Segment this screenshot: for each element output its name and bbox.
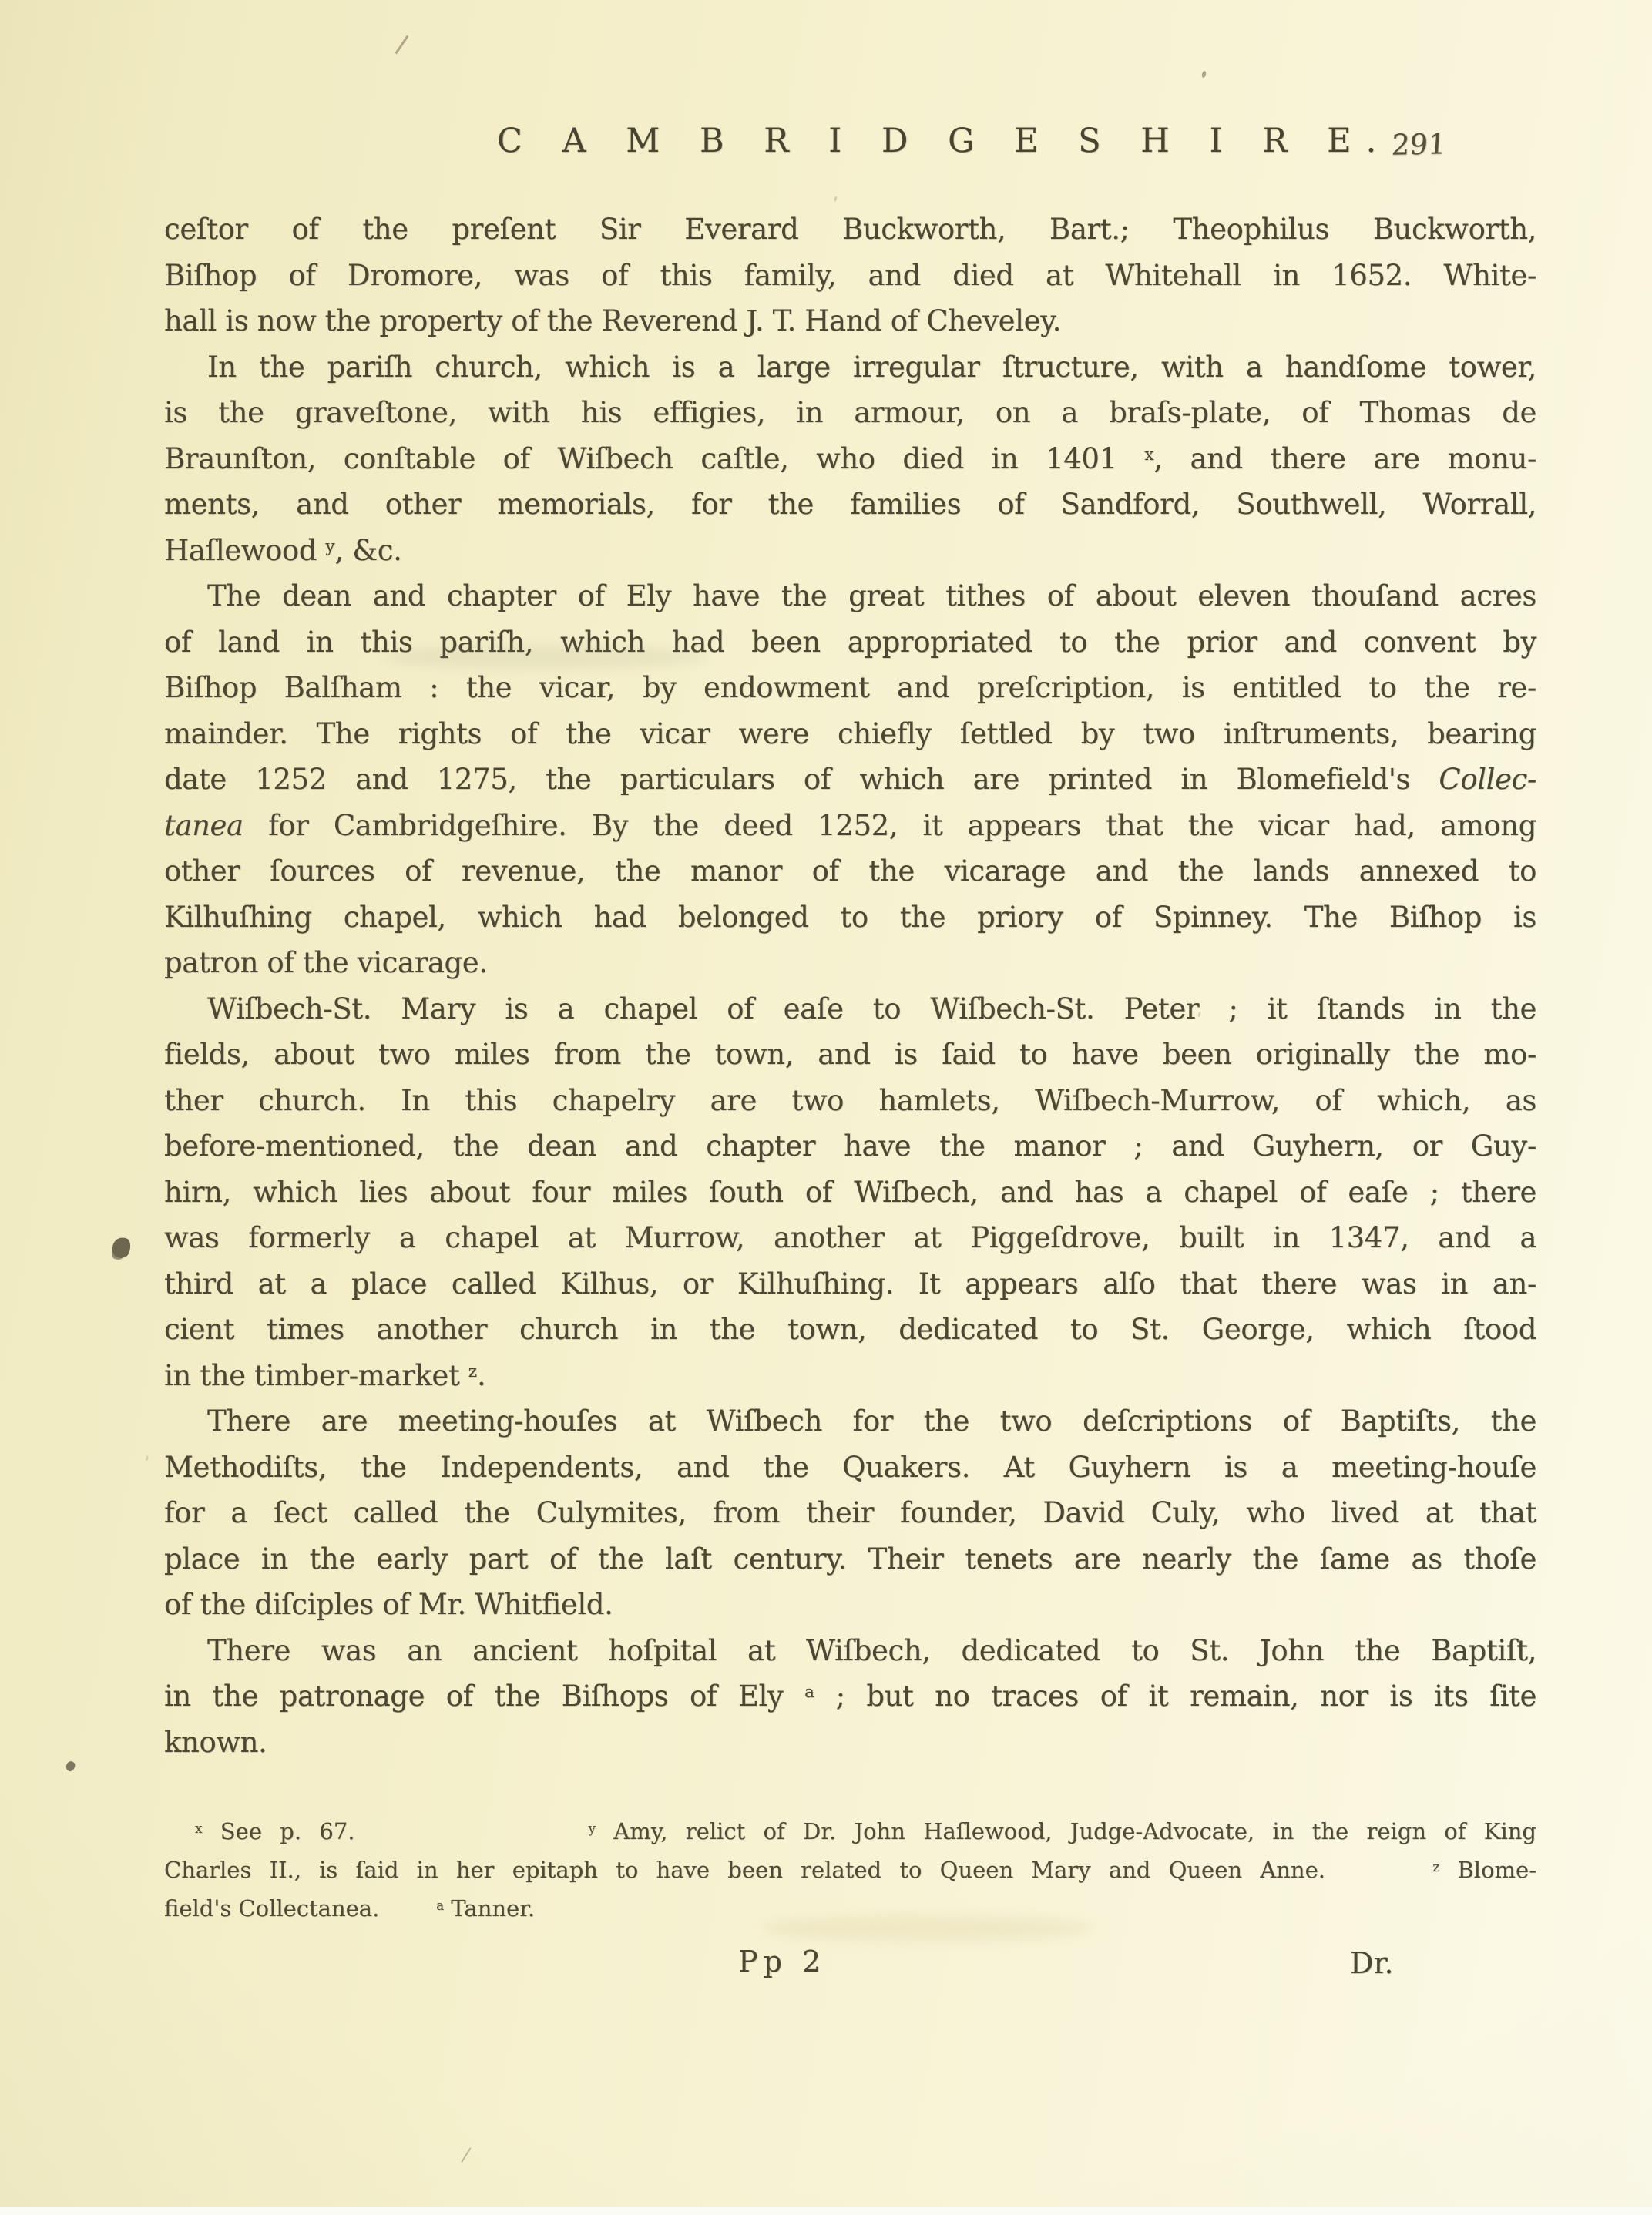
text-line: Biſhop of Dromore, was of this family, a…	[164, 253, 1536, 299]
body-text: ceſtor of the preſent Sir Everard Buckwo…	[164, 206, 1536, 1765]
text-line: Braunſton, conſtable of Wiſbech caſtle, …	[164, 436, 1536, 482]
text-line: before-mentioned, the dean and chapter h…	[164, 1123, 1536, 1170]
running-title: C A M B R I D G E S H I R E.	[497, 122, 1121, 160]
text-line: fields, about two miles from the town, a…	[164, 1032, 1536, 1078]
text-line: other ſources of revenue, the manor of t…	[164, 848, 1536, 894]
text-line: in the patronage of the Biſhops of Ely a…	[164, 1673, 1536, 1720]
catchword: Dr.	[1350, 1946, 1394, 1980]
show-through-smudge	[763, 1915, 1094, 1941]
text-line: There was an ancient hoſpital at Wiſbech…	[164, 1628, 1536, 1674]
footnotes: x See p. 67. y Amy, relict of Dr. John H…	[164, 1812, 1536, 1928]
page-number: 291	[1390, 127, 1447, 161]
text-line: of land in this pariſh, which had been a…	[164, 619, 1536, 666]
ink-dot	[64, 1760, 76, 1773]
book-page: C A M B R I D G E S H I R E. 291 ceſtor …	[0, 0, 1652, 2215]
text-line: cient times another church in the town, …	[164, 1307, 1536, 1353]
text-line: third at a place called Kilhus, or Kilhu…	[164, 1261, 1536, 1307]
text-line: There are meeting-houſes at Wiſbech for …	[164, 1398, 1536, 1445]
text-line: in the timber-market z.	[164, 1353, 1536, 1399]
paragraph: x See p. 67. y Amy, relict of Dr. John H…	[164, 1812, 1536, 1928]
text-line: Charles II., is ſaid in her epitaph to h…	[164, 1851, 1536, 1889]
text-line: patron of the vicarage.	[164, 940, 1536, 986]
text-line: hirn, which lies about four miles ſouth …	[164, 1170, 1536, 1216]
text-line: In the pariſh church, which is a large i…	[164, 344, 1536, 391]
text-line: Haſlewood y, &c.	[164, 528, 1536, 574]
text-line: is the graveſtone, with his effigies, in…	[164, 390, 1536, 436]
ink-blot	[109, 1235, 133, 1260]
paragraph: Wiſbech-St. Mary is a chapel of eaſe to …	[164, 986, 1536, 1399]
text-line: Biſhop Balſham : the vicar, by endowment…	[164, 665, 1536, 711]
pen-mark-top	[395, 35, 408, 55]
text-line: was formerly a chapel at Murrow, another…	[164, 1215, 1536, 1261]
paragraph: There are meeting-houſes at Wiſbech for …	[164, 1398, 1536, 1628]
text-line: hall is now the property of the Reverend…	[164, 298, 1536, 344]
text-line: Wiſbech-St. Mary is a chapel of eaſe to …	[164, 986, 1536, 1032]
gathering-signature: Pp 2	[738, 1945, 826, 1978]
text-line: place in the early part of the laſt cent…	[164, 1536, 1536, 1582]
text-line: tanea for Cambridgeſhire. By the deed 12…	[164, 803, 1536, 849]
paragraph: In the pariſh church, which is a large i…	[164, 344, 1536, 574]
text-line: ther church. In this chapelry are two ha…	[164, 1078, 1536, 1124]
text-line: ments, and other memorials, for the fami…	[164, 482, 1536, 528]
ink-smudge	[385, 646, 709, 669]
paragraph: There was an ancient hoſpital at Wiſbech…	[164, 1628, 1536, 1766]
paper-specks	[1201, 71, 1207, 79]
text-line: of the diſciples of Mr. Whitfield.	[164, 1582, 1536, 1628]
text-line: Methodiſts, the Independents, and the Qu…	[164, 1445, 1536, 1491]
text-line: mainder. The rights of the vicar were ch…	[164, 711, 1536, 757]
text-line: ceſtor of the preſent Sir Everard Buckwo…	[164, 206, 1536, 253]
pen-mark-bottom	[461, 2147, 471, 2163]
scan-edge	[0, 2207, 1652, 2215]
text-line: The dean and chapter of Ely have the gre…	[164, 573, 1536, 619]
text-line: date 1252 and 1275, the particulars of w…	[164, 757, 1536, 803]
paragraph: The dean and chapter of Ely have the gre…	[164, 573, 1536, 986]
text-line: for a ſect called the Culymites, from th…	[164, 1490, 1536, 1536]
text-line: known.	[164, 1720, 1536, 1766]
paragraph: ceſtor of the preſent Sir Everard Buckwo…	[164, 206, 1536, 344]
text-line: x See p. 67. y Amy, relict of Dr. John H…	[164, 1812, 1536, 1851]
text-line: Kilhuſhing chapel, which had belonged to…	[164, 894, 1536, 941]
